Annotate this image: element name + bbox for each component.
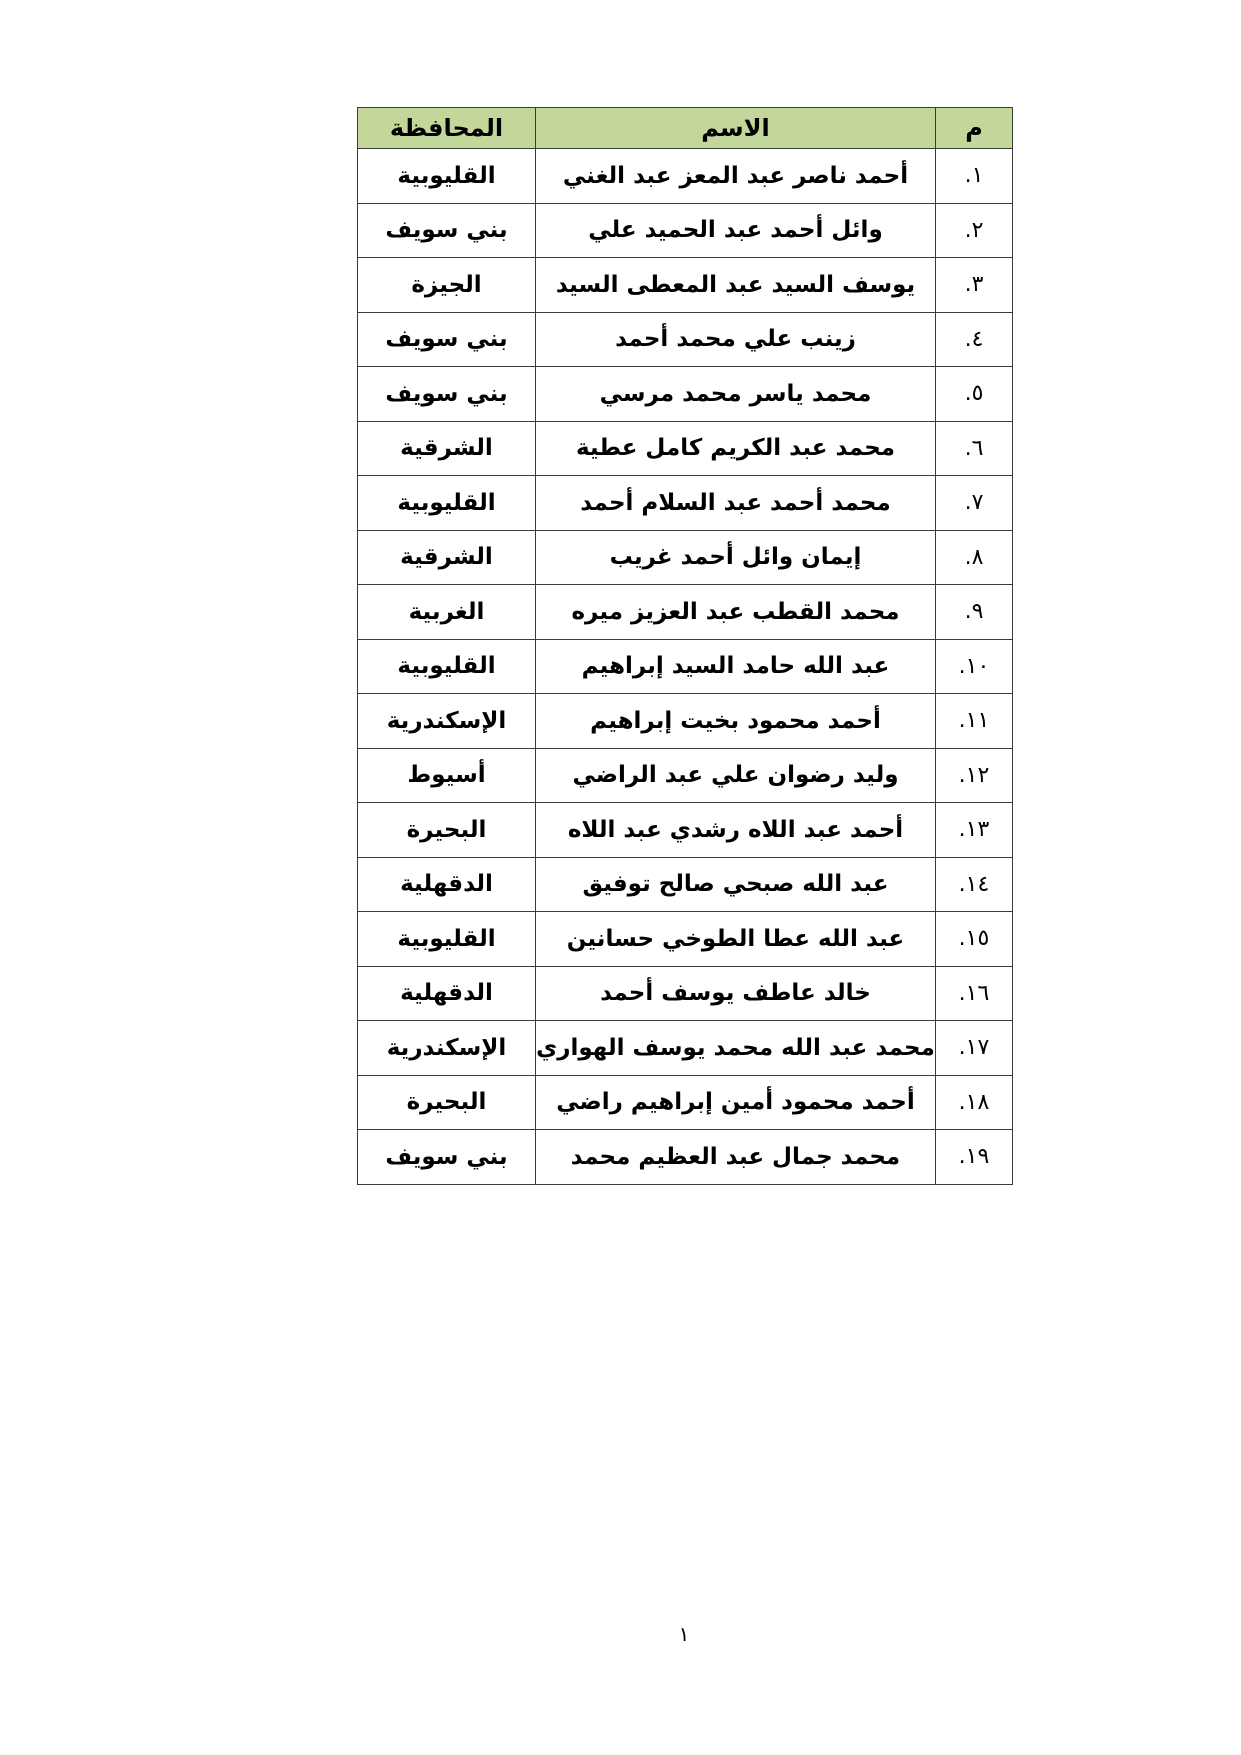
table-row: ٢.وائل أحمد عبد الحميد عليبني سويف — [358, 203, 1013, 258]
row-name: محمد عبد الله محمد يوسف الهواري — [536, 1021, 936, 1076]
row-index: ٦. — [936, 421, 1013, 476]
row-index: ١٤. — [936, 857, 1013, 912]
header-name: الاسم — [536, 108, 936, 149]
row-governorate: الغربية — [358, 585, 536, 640]
row-name: إيمان وائل أحمد غريب — [536, 530, 936, 585]
page-number: ١ — [672, 1622, 696, 1646]
table-row: ٩.محمد القطب عبد العزيز ميرهالغربية — [358, 585, 1013, 640]
row-index: ١٦. — [936, 966, 1013, 1021]
row-governorate: القليوبية — [358, 149, 536, 204]
table-body: ١.أحمد ناصر عبد المعز عبد الغنيالقليوبية… — [358, 149, 1013, 1185]
row-governorate: بني سويف — [358, 1130, 536, 1185]
row-index: ١٧. — [936, 1021, 1013, 1076]
row-governorate: أسيوط — [358, 748, 536, 803]
table-row: ٨.إيمان وائل أحمد غريبالشرقية — [358, 530, 1013, 585]
table-row: ١٧.محمد عبد الله محمد يوسف الهواريالإسكن… — [358, 1021, 1013, 1076]
row-governorate: البحيرة — [358, 1075, 536, 1130]
row-index: ١٥. — [936, 912, 1013, 967]
row-name: محمد جمال عبد العظيم محمد — [536, 1130, 936, 1185]
row-name: أحمد محمود أمين إبراهيم راضي — [536, 1075, 936, 1130]
table-row: ١٦.خالد عاطف يوسف أحمدالدقهلية — [358, 966, 1013, 1021]
row-name: عبد الله عطا الطوخي حسانين — [536, 912, 936, 967]
header-index: م — [936, 108, 1013, 149]
row-name: خالد عاطف يوسف أحمد — [536, 966, 936, 1021]
row-name: محمد ياسر محمد مرسي — [536, 367, 936, 422]
row-name: زينب علي محمد أحمد — [536, 312, 936, 367]
table-row: ١٠.عبد الله حامد السيد إبراهيمالقليوبية — [358, 639, 1013, 694]
document-page: م الاسم المحافظة ١.أحمد ناصر عبد المعز ع… — [0, 0, 1241, 1755]
row-index: ١٣. — [936, 803, 1013, 858]
table-row: ٥.محمد ياسر محمد مرسيبني سويف — [358, 367, 1013, 422]
table-row: ٦.محمد عبد الكريم كامل عطيةالشرقية — [358, 421, 1013, 476]
row-index: ٩. — [936, 585, 1013, 640]
row-governorate: القليوبية — [358, 476, 536, 531]
row-index: ٣. — [936, 258, 1013, 313]
row-governorate: القليوبية — [358, 912, 536, 967]
table-row: ١٨.أحمد محمود أمين إبراهيم راضيالبحيرة — [358, 1075, 1013, 1130]
row-governorate: الإسكندرية — [358, 694, 536, 749]
row-governorate: الدقهلية — [358, 966, 536, 1021]
row-governorate: بني سويف — [358, 312, 536, 367]
row-governorate: الدقهلية — [358, 857, 536, 912]
table-row: ١٥.عبد الله عطا الطوخي حسانينالقليوبية — [358, 912, 1013, 967]
row-index: ١٠. — [936, 639, 1013, 694]
row-governorate: الشرقية — [358, 421, 536, 476]
row-name: أحمد عبد اللاه رشدي عبد اللاه — [536, 803, 936, 858]
row-index: ٥. — [936, 367, 1013, 422]
row-index: ١. — [936, 149, 1013, 204]
row-name: عبد الله صبحي صالح توفيق — [536, 857, 936, 912]
table-row: ١٩.محمد جمال عبد العظيم محمدبني سويف — [358, 1130, 1013, 1185]
row-index: ٢. — [936, 203, 1013, 258]
row-index: ١٢. — [936, 748, 1013, 803]
row-governorate: الإسكندرية — [358, 1021, 536, 1076]
row-governorate: القليوبية — [358, 639, 536, 694]
row-name: أحمد محمود بخيت إبراهيم — [536, 694, 936, 749]
row-index: ١٨. — [936, 1075, 1013, 1130]
row-index: ٨. — [936, 530, 1013, 585]
table-row: ٤.زينب علي محمد أحمدبني سويف — [358, 312, 1013, 367]
table-row: ١١.أحمد محمود بخيت إبراهيمالإسكندرية — [358, 694, 1013, 749]
row-name: وليد رضوان علي عبد الراضي — [536, 748, 936, 803]
table-row: ١٢.وليد رضوان علي عبد الراضيأسيوط — [358, 748, 1013, 803]
row-index: ٧. — [936, 476, 1013, 531]
table-header-row: م الاسم المحافظة — [358, 108, 1013, 149]
row-name: يوسف السيد عبد المعطى السيد — [536, 258, 936, 313]
row-governorate: الجيزة — [358, 258, 536, 313]
header-governorate: المحافظة — [358, 108, 536, 149]
row-name: وائل أحمد عبد الحميد علي — [536, 203, 936, 258]
names-table: م الاسم المحافظة ١.أحمد ناصر عبد المعز ع… — [357, 107, 1013, 1185]
table-row: ٧.محمد أحمد عبد السلام أحمدالقليوبية — [358, 476, 1013, 531]
row-name: محمد القطب عبد العزيز ميره — [536, 585, 936, 640]
row-name: عبد الله حامد السيد إبراهيم — [536, 639, 936, 694]
row-index: ٤. — [936, 312, 1013, 367]
row-name: محمد عبد الكريم كامل عطية — [536, 421, 936, 476]
row-name: أحمد ناصر عبد المعز عبد الغني — [536, 149, 936, 204]
row-governorate: الشرقية — [358, 530, 536, 585]
row-governorate: البحيرة — [358, 803, 536, 858]
row-governorate: بني سويف — [358, 203, 536, 258]
table-row: ٣.يوسف السيد عبد المعطى السيدالجيزة — [358, 258, 1013, 313]
row-index: ١١. — [936, 694, 1013, 749]
row-name: محمد أحمد عبد السلام أحمد — [536, 476, 936, 531]
row-governorate: بني سويف — [358, 367, 536, 422]
table-row: ١.أحمد ناصر عبد المعز عبد الغنيالقليوبية — [358, 149, 1013, 204]
table-row: ١٤.عبد الله صبحي صالح توفيقالدقهلية — [358, 857, 1013, 912]
row-index: ١٩. — [936, 1130, 1013, 1185]
table-row: ١٣.أحمد عبد اللاه رشدي عبد اللاهالبحيرة — [358, 803, 1013, 858]
